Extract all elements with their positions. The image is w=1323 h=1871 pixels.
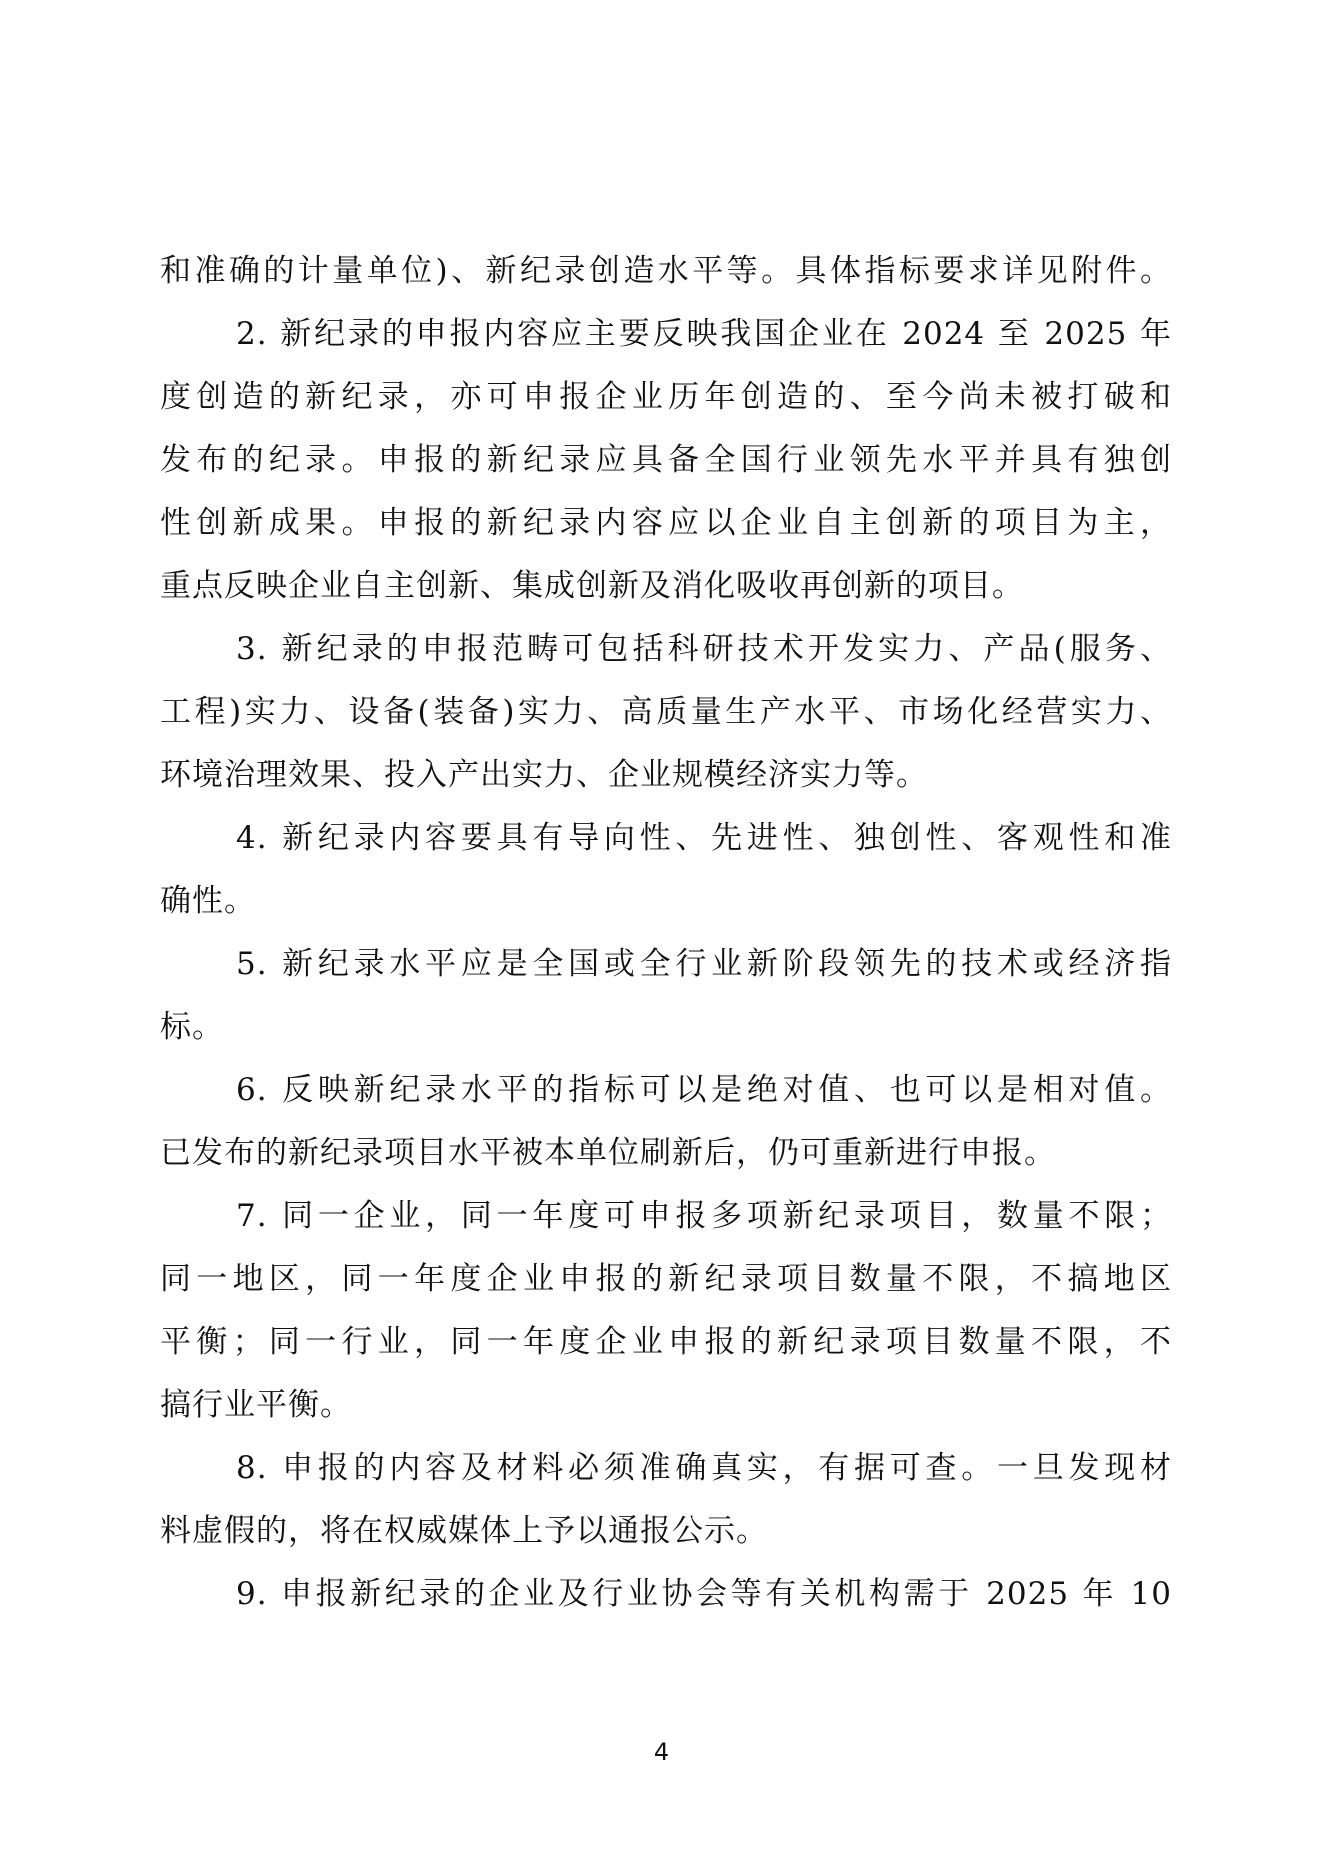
- list-item-6-line: 6. 反映新纪录水平的指标可以是绝对值、也可以是相对值。: [160, 1059, 1172, 1122]
- list-item-4-line: 4. 新纪录内容要具有导向性、先进性、独创性、客观性和准: [160, 807, 1172, 870]
- text-line: 工程)实力、设备(装备)实力、高质量生产水平、市场化经营实力、: [160, 681, 1172, 744]
- text-line: 确性。: [160, 870, 1172, 933]
- list-item-5-line: 5. 新纪录水平应是全国或全行业新阶段领先的技术或经济指: [160, 933, 1172, 996]
- text-line: 料虚假的，将在权威媒体上予以通报公示。: [160, 1500, 1172, 1563]
- text-line: 搞行业平衡。: [160, 1374, 1172, 1437]
- list-item-7-line: 7. 同一企业，同一年度可申报多项新纪录项目，数量不限；: [160, 1185, 1172, 1248]
- text-line: 标。: [160, 996, 1172, 1059]
- text-line: 重点反映企业自主创新、集成创新及消化吸收再创新的项目。: [160, 555, 1172, 618]
- list-item-8-line: 8. 申报的内容及材料必须准确真实，有据可查。一旦发现材: [160, 1437, 1172, 1500]
- list-item-2-line: 2. 新纪录的申报内容应主要反映我国企业在 2024 至 2025 年: [160, 303, 1172, 366]
- text-line: 性创新成果。申报的新纪录内容应以企业自主创新的项目为主，: [160, 492, 1172, 555]
- text-line: 和准确的计量单位)、新纪录创造水平等。具体指标要求详见附件。: [160, 240, 1172, 303]
- list-item-9-line: 9. 申报新纪录的企业及行业协会等有关机构需于 2025 年 10: [160, 1563, 1172, 1626]
- text-line: 发布的纪录。申报的新纪录应具备全国行业领先水平并具有独创: [160, 429, 1172, 492]
- text-line: 已发布的新纪录项目水平被本单位刷新后，仍可重新进行申报。: [160, 1122, 1172, 1185]
- text-line: 度创造的新纪录，亦可申报企业历年创造的、至今尚未被打破和: [160, 366, 1172, 429]
- body-text: 和准确的计量单位)、新纪录创造水平等。具体指标要求详见附件。 2. 新纪录的申报…: [160, 240, 1172, 1626]
- page-number: 4: [0, 1738, 1323, 1766]
- list-item-3-line: 3. 新纪录的申报范畴可包括科研技术开发实力、产品(服务、: [160, 618, 1172, 681]
- document-page: 和准确的计量单位)、新纪录创造水平等。具体指标要求详见附件。 2. 新纪录的申报…: [0, 0, 1323, 1871]
- text-line: 平衡；同一行业，同一年度企业申报的新纪录项目数量不限，不: [160, 1311, 1172, 1374]
- text-line: 同一地区，同一年度企业申报的新纪录项目数量不限，不搞地区: [160, 1248, 1172, 1311]
- text-line: 环境治理效果、投入产出实力、企业规模经济实力等。: [160, 744, 1172, 807]
